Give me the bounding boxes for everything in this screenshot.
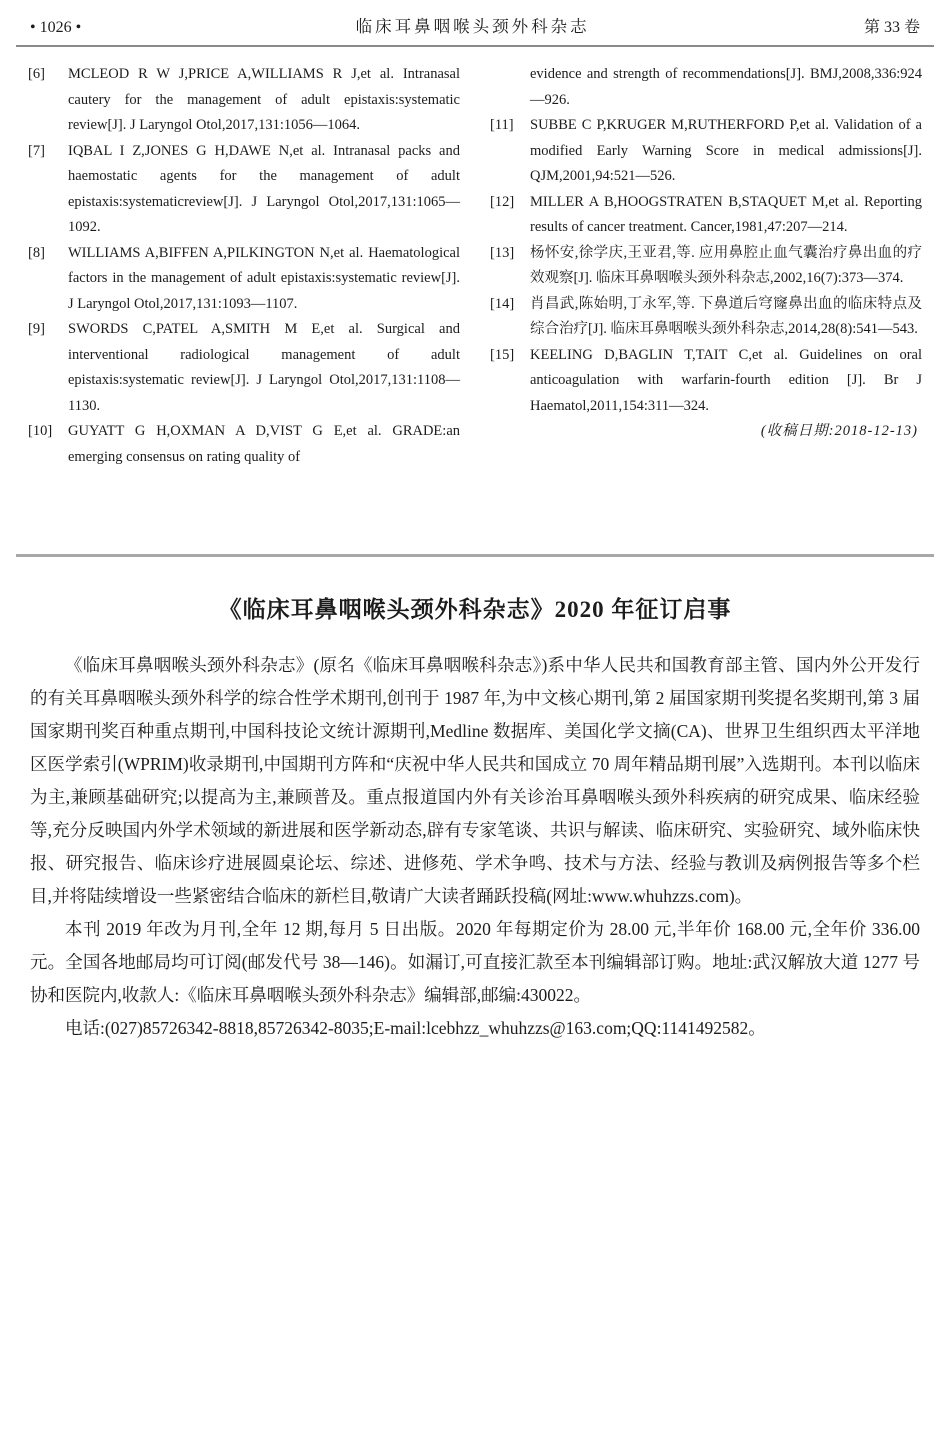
reference-text: GUYATT G H,OXMAN A D,VIST G E,et al. GRA…: [68, 419, 460, 470]
reference-item: evidence and strength of recommendations…: [490, 62, 922, 113]
journal-page: • 1026 • 临床耳鼻咽喉头颈外科杂志 第 33 卷 [6] MCLEOD …: [0, 0, 950, 1045]
reference-label: [7]: [28, 139, 68, 241]
references-left-column: [6] MCLEOD R W J,PRICE A,WILLIAMS R J,et…: [28, 62, 460, 470]
reference-text: SWORDS C,PATEL A,SMITH M E,et al. Surgic…: [68, 317, 460, 419]
reference-text: WILLIAMS A,BIFFEN A,PILKINGTON N,et al. …: [68, 241, 460, 318]
reference-label: [9]: [28, 317, 68, 419]
reference-text: 肖昌武,陈始明,丁永军,等. 下鼻道后穹窿鼻出血的临床特点及综合治疗[J]. 临…: [530, 292, 922, 343]
reference-label: [11]: [490, 113, 530, 190]
reference-item: [15] KEELING D,BAGLIN T,TAIT C,et al. Gu…: [490, 343, 922, 420]
announcement-paragraph: 本刊 2019 年改为月刊,全年 12 期,每月 5 日出版。2020 年每期定…: [30, 913, 920, 1012]
reference-label: [8]: [28, 241, 68, 318]
journal-title: 临床耳鼻咽喉头颈外科杂志: [356, 16, 590, 38]
reference-label: [13]: [490, 241, 530, 292]
reference-item: [7] IQBAL I Z,JONES G H,DAWE N,et al. In…: [28, 139, 460, 241]
running-head: • 1026 • 临床耳鼻咽喉头颈外科杂志 第 33 卷: [16, 14, 934, 39]
received-date: (收稿日期:2018-12-13): [490, 419, 922, 445]
announcement-title: 《临床耳鼻咽喉头颈外科杂志》2020 年征订启事: [30, 595, 920, 625]
reference-label: [15]: [490, 343, 530, 420]
reference-label: [10]: [28, 419, 68, 470]
reference-item: [6] MCLEOD R W J,PRICE A,WILLIAMS R J,et…: [28, 62, 460, 139]
references-right-column: evidence and strength of recommendations…: [490, 62, 922, 470]
reference-text: evidence and strength of recommendations…: [530, 62, 922, 113]
reference-label: [12]: [490, 190, 530, 241]
reference-text: SUBBE C P,KRUGER M,RUTHERFORD P,et al. V…: [530, 113, 922, 190]
reference-item: [14] 肖昌武,陈始明,丁永军,等. 下鼻道后穹窿鼻出血的临床特点及综合治疗[…: [490, 292, 922, 343]
reference-text: IQBAL I Z,JONES G H,DAWE N,et al. Intran…: [68, 139, 460, 241]
reference-item: [9] SWORDS C,PATEL A,SMITH M E,et al. Su…: [28, 317, 460, 419]
reference-label: [14]: [490, 292, 530, 343]
reference-text: KEELING D,BAGLIN T,TAIT C,et al. Guideli…: [530, 343, 922, 420]
reference-text: MILLER A B,HOOGSTRATEN B,STAQUET M,et al…: [530, 190, 922, 241]
section-divider: [16, 554, 934, 557]
reference-label: [6]: [28, 62, 68, 139]
reference-item: [13] 杨怀安,徐学庆,王亚君,等. 应用鼻腔止血气囊治疗鼻出血的疗效观察[J…: [490, 241, 922, 292]
references-right-list: evidence and strength of recommendations…: [490, 62, 922, 419]
page-number: • 1026 •: [30, 17, 81, 39]
reference-label: [490, 62, 530, 113]
announcement-section: 《临床耳鼻咽喉头颈外科杂志》2020 年征订启事 《临床耳鼻咽喉头颈外科杂志》(…: [16, 595, 934, 1045]
reference-text: 杨怀安,徐学庆,王亚君,等. 应用鼻腔止血气囊治疗鼻出血的疗效观察[J]. 临床…: [530, 241, 922, 292]
reference-text: MCLEOD R W J,PRICE A,WILLIAMS R J,et al.…: [68, 62, 460, 139]
announcement-paragraph: 《临床耳鼻咽喉头颈外科杂志》(原名《临床耳鼻咽喉科杂志》)系中华人民共和国教育部…: [30, 649, 920, 913]
reference-item: [10] GUYATT G H,OXMAN A D,VIST G E,et al…: [28, 419, 460, 470]
reference-item: [11] SUBBE C P,KRUGER M,RUTHERFORD P,et …: [490, 113, 922, 190]
announcement-paragraph: 电话:(027)85726342-8818,85726342-8035;E-ma…: [30, 1012, 920, 1045]
announcement-body: 《临床耳鼻咽喉头颈外科杂志》(原名《临床耳鼻咽喉科杂志》)系中华人民共和国教育部…: [30, 649, 920, 1045]
reference-item: [12] MILLER A B,HOOGSTRATEN B,STAQUET M,…: [490, 190, 922, 241]
volume-label: 第 33 卷: [864, 17, 920, 39]
reference-item: [8] WILLIAMS A,BIFFEN A,PILKINGTON N,et …: [28, 241, 460, 318]
references-section: [6] MCLEOD R W J,PRICE A,WILLIAMS R J,et…: [16, 47, 934, 470]
